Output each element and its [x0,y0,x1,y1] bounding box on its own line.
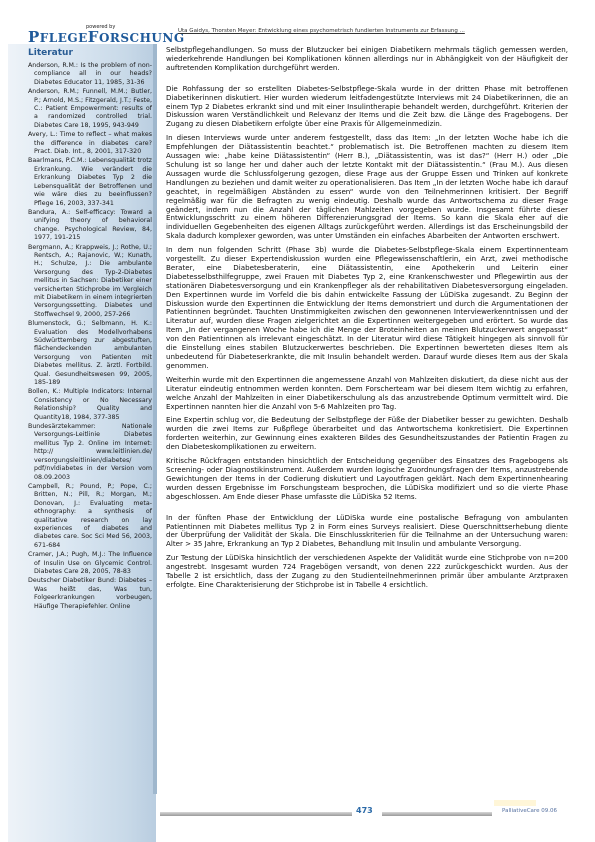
reference-item: Deutscher Diabetiker Bund: Diabetes – Wa… [28,577,152,611]
reference-item: Bollen, K.: Multiple Indicators: Interna… [28,388,152,422]
footer-rule-left [160,812,352,816]
reference-list: Anderson, R.M.: Is the problem of non-co… [28,62,152,612]
reference-item: Bergmann, A.; Krappweis, J.; Rothe, U.; … [28,244,152,320]
reference-item: Bundesärztekammer: Nationale Versorgungs… [28,423,152,482]
reference-item: Avery, L.: Time to reflect – what makes … [28,131,152,156]
body-paragraph: In der fünften Phase der Entwicklung der… [166,514,568,550]
reference-item: Blumenstock, G.; Selbmann, H. K.: Evalua… [28,320,152,387]
reference-item: Bandura, A.: Self-efficacy: Toward a uni… [28,209,152,243]
journal-logo: powered by PFLEGEFORSCHUNG [28,28,185,46]
body-paragraph: In diesen Interviews wurde unter anderem… [166,134,568,241]
body-paragraph: Die Rohfassung der so erstellten Diabete… [166,85,568,130]
body-paragraph: Selbstpflegehandlungen. So muss der Blut… [166,46,568,73]
reference-item: Baarlmans, P.C.M.: Lebensqualität trotz … [28,157,152,207]
journal-issue: PalliativeCare 09.06 [502,808,557,814]
reference-item: Cramer, J.A.; Pugh, M.J.: The Influence … [28,551,152,576]
body-paragraph: In dem nun folgenden Schritt (Phase 3b) … [166,246,568,371]
reference-item: Campbell, R.; Pound, P.; Pope, C.; Britt… [28,483,152,550]
body-paragraph: Kritische Rückfragen entstanden hinsicht… [166,457,568,502]
reference-item: Anderson, R.M.: Is the problem of non-co… [28,62,152,87]
logo-powered-by: powered by [86,24,115,30]
body-paragraph: Eine Expertin schlug vor, die Bedeutung … [166,416,568,452]
footer-rule-right [382,812,492,816]
body-paragraph: Weiterhin wurde mit den Expertinnen die … [166,376,568,412]
page-number: 473 [356,806,373,815]
body-paragraph: Zur Testung der LüDiSka hinsichtlich der… [166,554,568,590]
sidebar-title: Literatur [28,48,73,58]
article-body: Selbstpflegehandlungen. So muss der Blut… [166,46,568,595]
sidebar-edge [153,44,157,794]
journal-highlight [494,800,536,806]
reference-item: Anderson, R.M.; Funnell, M.M.; Butler, P… [28,88,152,130]
running-head: Uta Gaidys, Thorsten Meyer: Entwicklung … [178,28,465,34]
